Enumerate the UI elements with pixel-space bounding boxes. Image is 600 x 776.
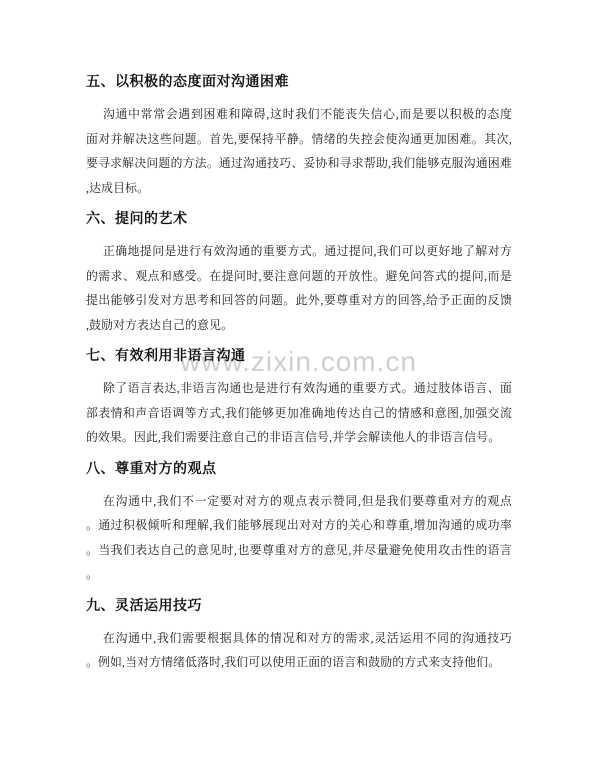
paragraph: 在沟通中,我们不一定要对对方的观点表示赞同,但是我们要尊重对方的观点。通过积极倾… [86,489,512,587]
text-line: 沟通中常常会遇到困难和障碍,这时我们不能丧失信心,而是要以积极的态度 [86,102,512,127]
text-line: ,达成目标。 [86,176,512,201]
paragraph: 正确地提问是进行有效沟通的重要方式。通过提问,我们可以更好地了解对方的需求、观点… [86,239,512,337]
paragraph: 沟通中常常会遇到困难和障碍,这时我们不能丧失信心,而是要以积极的态度面对并解决这… [86,102,512,200]
text-line: 。通过积极倾听和理解,我们能够展现出对对方的关心和尊重,增加沟通的成功率 [86,513,512,538]
section-heading: 六、提问的艺术 [86,208,512,228]
text-line: 的效果。因此,我们需要注意自己的非语言信号,并学会解读他人的非语言信号。 [86,425,512,450]
text-line: 。 [86,562,512,587]
text-line: 正确地提问是进行有效沟通的重要方式。通过提问,我们可以更好地了解对方 [86,239,512,264]
text-line: 在沟通中,我们不一定要对对方的观点表示赞同,但是我们要尊重对方的观点 [86,489,512,514]
text-line: 面对并解决这些问题。首先,要保持平静。情绪的失控会使沟通更加困难。其次, [86,127,512,152]
text-line: ,鼓励对方表达自己的意见。 [86,313,512,338]
section-heading: 九、灵活运用技巧 [86,595,512,615]
text-line: 要寻求解决问题的方法。通过沟通技巧、妥协和寻求帮助,我们能够克服沟通困难 [86,151,512,176]
document-content: 五、以积极的态度面对沟通困难沟通中常常会遇到困难和障碍,这时我们不能丧失信心,而… [0,0,600,675]
text-line: 除了语言表达,非语言沟通也是进行有效沟通的重要方式。通过肢体语言、面 [86,376,512,401]
document-page: www.zixin.com.cn 五、以积极的态度面对沟通困难沟通中常常会遇到困… [0,0,600,776]
paragraph: 除了语言表达,非语言沟通也是进行有效沟通的重要方式。通过肢体语言、面部表情和声音… [86,376,512,450]
text-line: 在沟通中,我们需要根据具体的情况和对方的需求,灵活运用不同的沟通技巧 [86,626,512,651]
section-heading: 八、尊重对方的观点 [86,458,512,478]
text-line: 。例如,当对方情绪低落时,我们可以使用正面的语言和鼓励的方式来支持他们。 [86,650,512,675]
text-line: 部表情和声音语调等方式,我们能够更加准确地传达自己的情感和意图,加强交流 [86,401,512,426]
paragraph: 在沟通中,我们需要根据具体的情况和对方的需求,灵活运用不同的沟通技巧。例如,当对… [86,626,512,675]
text-line: 的需求、观点和感受。在提问时,要注意问题的开放性。避免问答式的提问,而是 [86,264,512,289]
section-heading: 七、有效利用非语言沟通 [86,345,512,365]
text-line: 提出能够引发对方思考和回答的问题。此外,要尊重对方的回答,给予正面的反馈 [86,288,512,313]
text-line: 。当我们表达自己的意见时,也要尊重对方的意见,并尽量避免使用攻击性的语言 [86,538,512,563]
section-heading: 五、以积极的态度面对沟通困难 [86,71,512,91]
